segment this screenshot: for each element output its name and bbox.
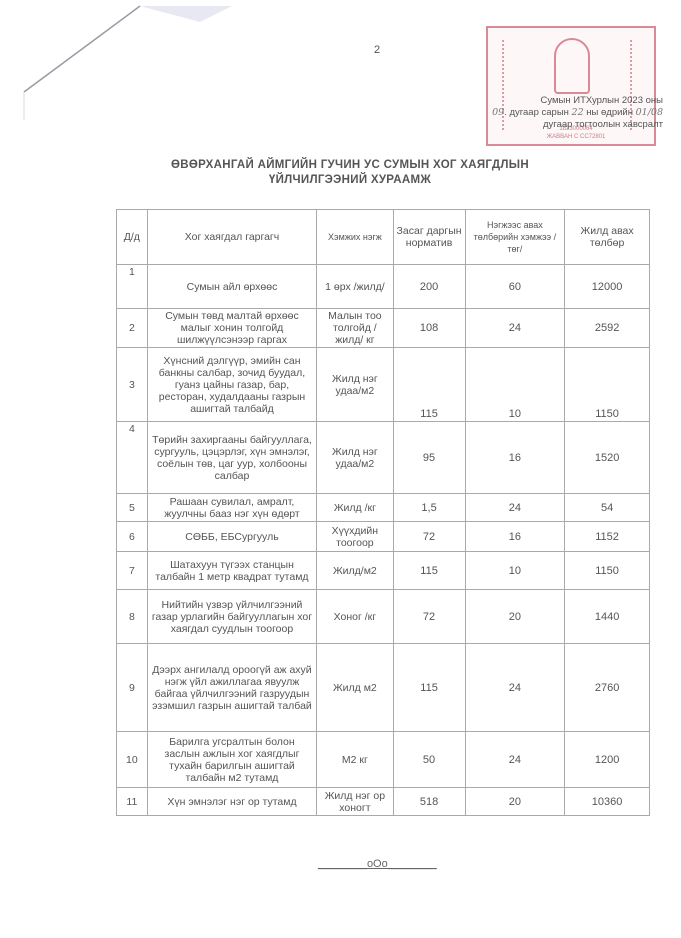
- table-row: 2Сумын төвд малтай өрхөөс малыг хонин то…: [117, 309, 650, 348]
- header-name: Хог хаягдал гаргагч: [147, 210, 317, 265]
- row-unit: Жилд/м2: [317, 552, 393, 590]
- row-norm: 50: [393, 732, 465, 788]
- table-row: 8Нийтийн үзвэр үйлчилгээний газар урлаги…: [117, 590, 650, 644]
- header-unit: Хэмжих нэгж: [317, 210, 393, 265]
- row-unit: Малын тоо толгойд /жилд/ кг: [317, 309, 393, 348]
- header-idx: Д/д: [117, 210, 148, 265]
- state-emblem-icon: [554, 38, 590, 94]
- row-index: 3: [117, 348, 148, 422]
- row-index: 4: [117, 422, 148, 494]
- row-annual-fee: 2760: [565, 644, 650, 732]
- title-line-2: ҮЙЛЧИЛГЭЭНИЙ ХУРААМЖ: [150, 173, 550, 188]
- row-waste-generator: Шатахуун түгээх станцын талбайн 1 метр к…: [147, 552, 317, 590]
- header-year: Жилд авах төлбөр: [565, 210, 650, 265]
- row-unit: Жилд нэг ор хоногт: [317, 788, 393, 816]
- row-rate: 16: [465, 422, 565, 494]
- approval-line-1: Сумын ИТХурлын 2023 оны: [541, 95, 664, 107]
- row-index: 1: [117, 265, 148, 309]
- row-rate: 24: [465, 494, 565, 522]
- row-index: 8: [117, 590, 148, 644]
- row-rate: 24: [465, 309, 565, 348]
- row-index: 5: [117, 494, 148, 522]
- stamp-code-2: ЖАВВАН С СС72801: [536, 134, 616, 140]
- row-waste-generator: Хүнсний дэлгүүр, эмийн сан банкны салбар…: [147, 348, 317, 422]
- row-annual-fee: 1440: [565, 590, 650, 644]
- row-norm: 72: [393, 590, 465, 644]
- row-norm: 518: [393, 788, 465, 816]
- row-index: 7: [117, 552, 148, 590]
- approval-line-2: 09. дугаар сарын 22 ны өдрийн 01/08: [492, 107, 663, 119]
- approval-line-3: дугаар тогтоолын хавсралт: [543, 119, 663, 131]
- row-unit: М2 кг: [317, 732, 393, 788]
- table-row: 3Хүнсний дэлгүүр, эмийн сан банкны салба…: [117, 348, 650, 422]
- row-annual-fee: 2592: [565, 309, 650, 348]
- row-norm: 115: [393, 552, 465, 590]
- row-waste-generator: Сумын төвд малтай өрхөөс малыг хонин тол…: [147, 309, 317, 348]
- waste-fee-table: Д/д Хог хаягдал гаргагч Хэмжих нэгж Заса…: [116, 209, 650, 816]
- row-index: 2: [117, 309, 148, 348]
- table-row: 10Барилга угсралтын болон заслын ажлын х…: [117, 732, 650, 788]
- row-rate: 20: [465, 590, 565, 644]
- row-norm: 200: [393, 265, 465, 309]
- row-annual-fee: 1150: [565, 348, 650, 422]
- row-annual-fee: 1150: [565, 552, 650, 590]
- row-unit: Хоног /кг: [317, 590, 393, 644]
- end-of-document-mark: ________oOo________: [318, 858, 437, 870]
- row-rate: 24: [465, 732, 565, 788]
- approval-number: 01/08: [636, 107, 663, 118]
- row-rate: 10: [465, 552, 565, 590]
- row-index: 9: [117, 644, 148, 732]
- row-unit: Жилд /кг: [317, 494, 393, 522]
- row-rate: 60: [465, 265, 565, 309]
- row-rate: 16: [465, 522, 565, 552]
- row-waste-generator: Барилга угсралтын болон заслын ажлын хог…: [147, 732, 317, 788]
- row-waste-generator: Хүн эмнэлэг нэг ор тутамд: [147, 788, 317, 816]
- table-row: 6СӨББ, ЕБСургуульХүүхдийн тоогоор7216115…: [117, 522, 650, 552]
- row-rate: 24: [465, 644, 565, 732]
- table-header-row: Д/д Хог хаягдал гаргагч Хэмжих нэгж Заса…: [117, 210, 650, 265]
- row-rate: 10: [465, 348, 565, 422]
- row-annual-fee: 1520: [565, 422, 650, 494]
- table-row: 9Дээрх ангилалд ороогүй аж ахуй нэгж үйл…: [117, 644, 650, 732]
- row-annual-fee: 1200: [565, 732, 650, 788]
- row-index: 11: [117, 788, 148, 816]
- row-waste-generator: Рашаан сувилал, амралт, жуулчны бааз нэг…: [147, 494, 317, 522]
- row-unit: 1 өрх /жилд/: [317, 265, 393, 309]
- row-waste-generator: Сумын айл өрхөөс: [147, 265, 317, 309]
- approval-text-a: . дугаар сарын: [504, 107, 569, 118]
- row-norm: 108: [393, 309, 465, 348]
- table-row: 5Рашаан сувилал, амралт, жуулчны бааз нэ…: [117, 494, 650, 522]
- row-unit: Хүүхдийн тоогоор: [317, 522, 393, 552]
- row-unit: Жилд нэг удаа/м2: [317, 348, 393, 422]
- approval-text-b: ны өдрийн: [584, 107, 633, 118]
- row-norm: 1,5: [393, 494, 465, 522]
- page-number: 2: [374, 44, 380, 56]
- title-line-1: ӨВӨРХАНГАЙ АЙМГИЙН ГУЧИН УС СУМЫН ХОГ ХА…: [150, 158, 550, 173]
- row-norm: 72: [393, 522, 465, 552]
- row-waste-generator: СӨББ, ЕБСургууль: [147, 522, 317, 552]
- row-waste-generator: Дээрх ангилалд ороогүй аж ахуй нэгж үйл …: [147, 644, 317, 732]
- document-title: ӨВӨРХАНГАЙ АЙМГИЙН ГУЧИН УС СУМЫН ХОГ ХА…: [150, 158, 550, 188]
- table-row: 1Сумын айл өрхөөс1 өрх /жилд/2006012000: [117, 265, 650, 309]
- row-waste-generator: Нийтийн үзвэр үйлчилгээний газар урлагий…: [147, 590, 317, 644]
- approval-day: 22: [572, 107, 584, 118]
- header-rate: Нэгжээс авах төлбөрийн хэмжээ /төг/: [465, 210, 565, 265]
- row-norm: 115: [393, 644, 465, 732]
- row-annual-fee: 10360: [565, 788, 650, 816]
- row-annual-fee: 12000: [565, 265, 650, 309]
- approval-month: 09: [492, 107, 504, 118]
- row-waste-generator: Төрийн захиргааны байгууллага, сургууль,…: [147, 422, 317, 494]
- table-row: 7Шатахуун түгээх станцын талбайн 1 метр …: [117, 552, 650, 590]
- row-unit: Жилд нэг удаа/м2: [317, 422, 393, 494]
- table-row: 4Төрийн захиргааны байгууллага, сургууль…: [117, 422, 650, 494]
- row-rate: 20: [465, 788, 565, 816]
- row-unit: Жилд м2: [317, 644, 393, 732]
- header-norm: Засаг даргын норматив: [393, 210, 465, 265]
- row-annual-fee: 1152: [565, 522, 650, 552]
- row-annual-fee: 54: [565, 494, 650, 522]
- row-index: 6: [117, 522, 148, 552]
- row-norm: 115: [393, 348, 465, 422]
- row-norm: 95: [393, 422, 465, 494]
- row-index: 10: [117, 732, 148, 788]
- table-row: 11Хүн эмнэлэг нэг ор тутамдЖилд нэг ор х…: [117, 788, 650, 816]
